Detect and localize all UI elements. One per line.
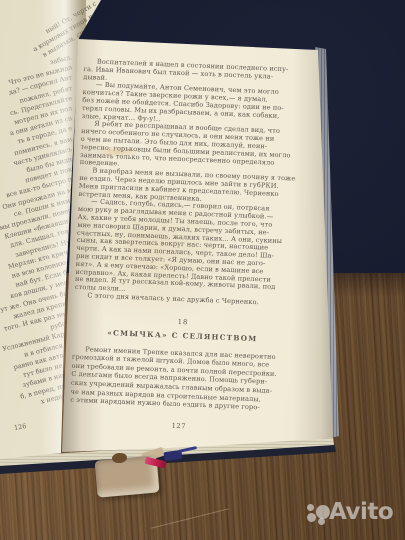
page-paragraphs: Воспитателей я нашел в состоянии последн… <box>74 58 303 308</box>
chapter-title: «СМЫЧКА» С СЕЛЯНСТВОМ <box>73 326 292 344</box>
avito-logo-dot <box>318 518 325 525</box>
right-page-text: Воспитателей я нашел в состоянии последн… <box>69 58 303 434</box>
book-photo-scene: ный! От, черти са кормовых типов нав выл… <box>0 0 405 540</box>
avito-logo-dot <box>307 513 316 522</box>
page-number-left: 126 <box>13 422 27 432</box>
text-paragraph: — Садись, голубь, садись,— говорил он, п… <box>75 198 298 300</box>
avito-logo-text: Avito <box>329 499 393 525</box>
avito-logo-dot <box>316 505 330 519</box>
avito-watermark: Avito <box>303 500 403 532</box>
avito-logo-dot <box>307 504 314 511</box>
